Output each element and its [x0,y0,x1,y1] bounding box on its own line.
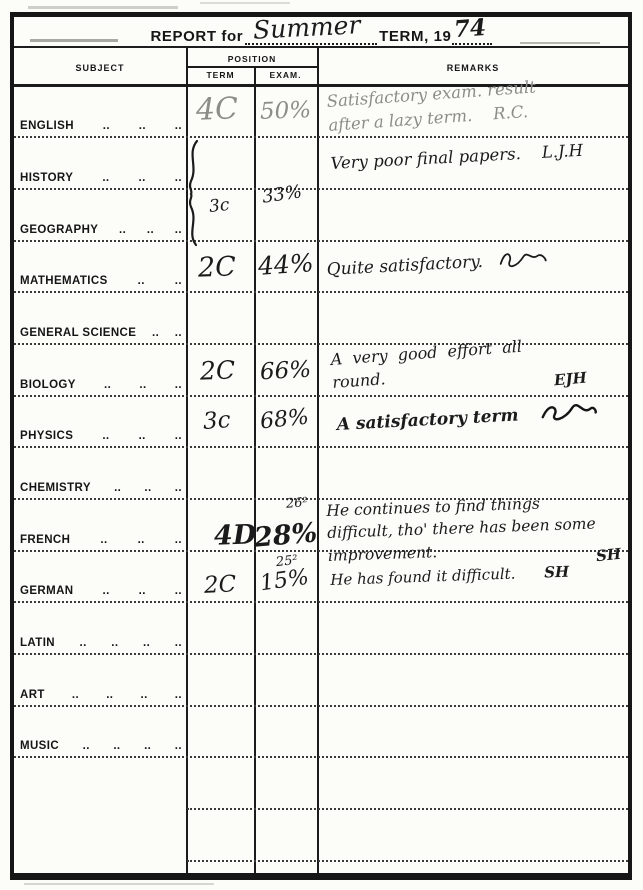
biology-teacher-initials: EJH [553,369,587,390]
english-exam-mark: 50% [260,97,312,125]
title-suffix: TERM, 19 [379,28,451,45]
history-geography-term-position: 3c [208,195,230,217]
header-bottom-rule [14,84,628,87]
row-line [14,756,628,758]
french-term-position: 4D [213,519,256,551]
position-underline [187,66,317,68]
french-exam-mark: 28% [253,517,319,553]
english-term-position: 4C [195,91,238,127]
header-exam: EXAM. [254,70,317,80]
grid-line-exam-remarks [317,48,319,873]
french-exam-mark-above: 26² [286,495,309,511]
subject-music: MUSIC........ [20,740,182,754]
header-remarks: REMARKS [318,63,628,73]
subject-biology: BIOLOGY...... [20,379,182,393]
row-line [14,705,628,707]
row-line [14,601,628,603]
history-geography-brace [183,139,203,247]
report-title: REPORT for Summer TERM, 19 74 [14,17,628,48]
row-line [187,860,628,862]
row-line [14,188,628,190]
handwritten-year: 74 [453,14,487,43]
header-position: POSITION [187,54,317,64]
subject-mathematics: MATHEMATICS.... [20,275,182,289]
row-line [14,343,628,345]
row-line [187,808,628,810]
row-line [14,291,628,293]
subject-chemistry: CHEMISTRY...... [20,482,182,496]
row-line [14,446,628,448]
year-blank: 74 [452,19,492,45]
german-teacher-initials: SH [544,563,570,582]
row-line [14,653,628,655]
term-name-blank: Summer [245,19,377,45]
subject-physics: PHYSICS...... [20,430,182,444]
scan-artifact [200,2,290,4]
french-remark: He continues to find things difficult, t… [326,491,597,568]
teacher-signature-icon [496,243,549,272]
biology-exam-mark: 66% [259,357,311,386]
row-line [14,240,628,242]
subject-latin: LATIN........ [20,637,182,651]
subject-history: HISTORY...... [20,172,182,186]
header-subject: SUBJECT [14,63,186,73]
subject-french: FRENCH...... [20,534,182,548]
physics-exam-mark: 68% [259,405,310,435]
physics-term-position: 3c [202,407,231,435]
title-prefix: REPORT for [151,28,244,45]
teacher-signature-icon [537,394,598,427]
scan-artifact [28,6,178,9]
mathematics-exam-mark: 44% [257,248,314,281]
mathematics-term-position: 2C [197,251,236,283]
german-term-position: 2C [203,571,237,599]
subject-english: ENGLISH...... [20,120,182,134]
subject-general-science: GENERAL SCIENCE.... [20,327,182,341]
handwritten-term-name: Summer [252,10,361,45]
french-teacher-initials: SH [595,545,622,566]
header-term: TERM [187,70,254,80]
scan-artifact [24,883,214,885]
subject-german: GERMAN...... [20,585,182,599]
subject-geography: GEOGRAPHY...... [20,224,182,238]
biology-term-position: 2C [200,355,236,385]
report-card-scan: REPORT for Summer TERM, 19 74 SUBJECT PO… [0,0,643,890]
row-line [14,136,628,138]
subject-art: ART........ [20,689,182,703]
